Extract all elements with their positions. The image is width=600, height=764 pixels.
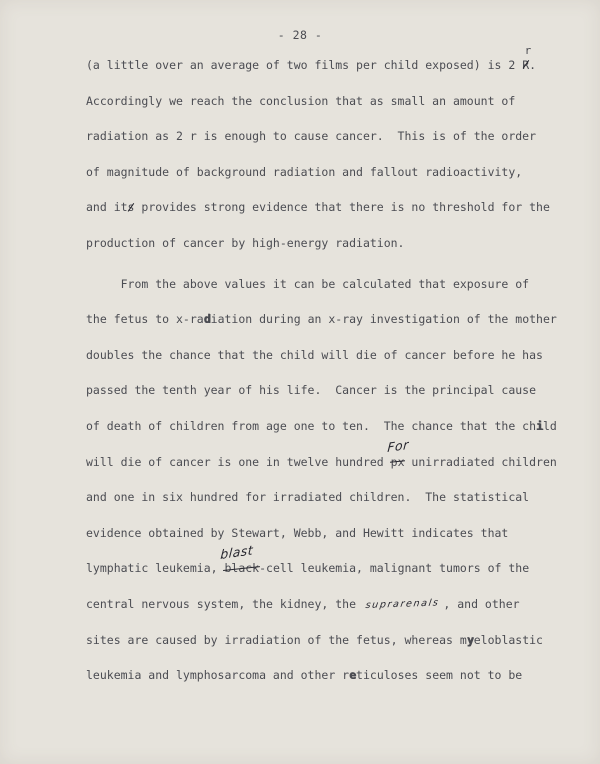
typed-line: Accordingly we reach the conclusion that… <box>86 84 560 120</box>
typed-text: doubles the chance that the child will d… <box>86 338 543 374</box>
typed-line: of death of children from age one to ten… <box>86 409 560 445</box>
overtyped-char: i <box>536 409 543 445</box>
typed-text: of magnitude of background radiation and… <box>86 155 522 191</box>
handwritten-word: suprarenals <box>363 585 442 623</box>
typed-line: central nervous system, the kidney, the … <box>86 587 560 623</box>
typed-text: leukemia and lymphosarcoma and other r <box>86 658 349 694</box>
struck-text: s <box>128 190 135 226</box>
typed-line: and one in six hundred for irradiated ch… <box>86 480 560 516</box>
paragraph: (a little over an average of two films p… <box>86 48 560 262</box>
paragraph: From the above values it can be calculat… <box>86 267 560 694</box>
typed-text: -cell leukemia, malignant tumors of the <box>259 551 529 587</box>
struck-text: Rr <box>522 48 529 84</box>
typed-text: ticuloses seem not to be <box>356 658 522 694</box>
typed-line: passed the tenth year of his life. Cance… <box>86 373 560 409</box>
typed-text: provides strong evidence that there is n… <box>134 190 549 226</box>
typed-line: will die of cancer is one in twelve hund… <box>86 445 560 481</box>
overtyped-char: e <box>349 658 356 694</box>
typed-text: of death of children from age one to ten… <box>86 409 536 445</box>
typed-line: doubles the chance that the child will d… <box>86 338 560 374</box>
typed-text: the fetus to x-ra <box>86 302 204 338</box>
typed-text: passed the tenth year of his life. Cance… <box>86 373 536 409</box>
typed-line: lymphatic leukemia, blackblast-cell leuk… <box>86 551 560 587</box>
typed-line: sites are caused by irradiation of the f… <box>86 623 560 659</box>
typed-text: evidence obtained by Stewart, Webb, and … <box>86 516 508 552</box>
typed-line: (a little over an average of two films p… <box>86 48 560 84</box>
typed-line: radiation as 2 r is enough to cause canc… <box>86 119 560 155</box>
typed-text: , and other <box>436 587 519 623</box>
typed-text: and it <box>86 190 128 226</box>
typed-text: Accordingly we reach the conclusion that… <box>86 84 515 120</box>
page-number: - 28 - <box>0 28 600 42</box>
document-body: (a little over an average of two films p… <box>0 48 600 694</box>
typed-text: eloblastic <box>474 623 543 659</box>
overtyped-char: y <box>467 623 474 659</box>
typed-text: From the above values it can be calculat… <box>86 267 529 303</box>
typed-line: leukemia and lymphosarcoma and other ret… <box>86 658 560 694</box>
struck-text: pxFor <box>391 445 405 481</box>
typed-line: evidence obtained by Stewart, Webb, and … <box>86 516 560 552</box>
typed-line: the fetus to x-radiation during an x-ray… <box>86 302 560 338</box>
typed-text: will die of cancer is one in twelve hund… <box>86 445 391 481</box>
typed-line: production of cancer by high-energy radi… <box>86 226 560 262</box>
typed-text: radiation as 2 r is enough to cause canc… <box>86 119 536 155</box>
typed-line: From the above values it can be calculat… <box>86 267 560 303</box>
typed-text: production of cancer by high-energy radi… <box>86 226 405 262</box>
typed-text: lymphatic leukemia, <box>86 551 224 587</box>
typed-text: . <box>529 48 536 84</box>
typed-text: central nervous system, the kidney, the <box>86 587 363 623</box>
handwritten-annotation: blast <box>220 544 254 561</box>
typed-line: of magnitude of background radiation and… <box>86 155 560 191</box>
document-page: - 28 - (a little over an average of two … <box>0 0 600 764</box>
typed-text: (a little over an average of two films p… <box>86 48 522 84</box>
typed-line: and its provides strong evidence that th… <box>86 190 560 226</box>
typed-text: iation during an x-ray investigation of … <box>211 302 557 338</box>
typed-text: unirradiated children <box>405 445 557 481</box>
typed-text: sites are caused by irradiation of the f… <box>86 623 467 659</box>
struck-text: blackblast <box>224 551 259 587</box>
typed-text: and one in six hundred for irradiated ch… <box>86 480 529 516</box>
overtyped-char: d <box>204 302 211 338</box>
typed-text: ld <box>543 409 557 445</box>
